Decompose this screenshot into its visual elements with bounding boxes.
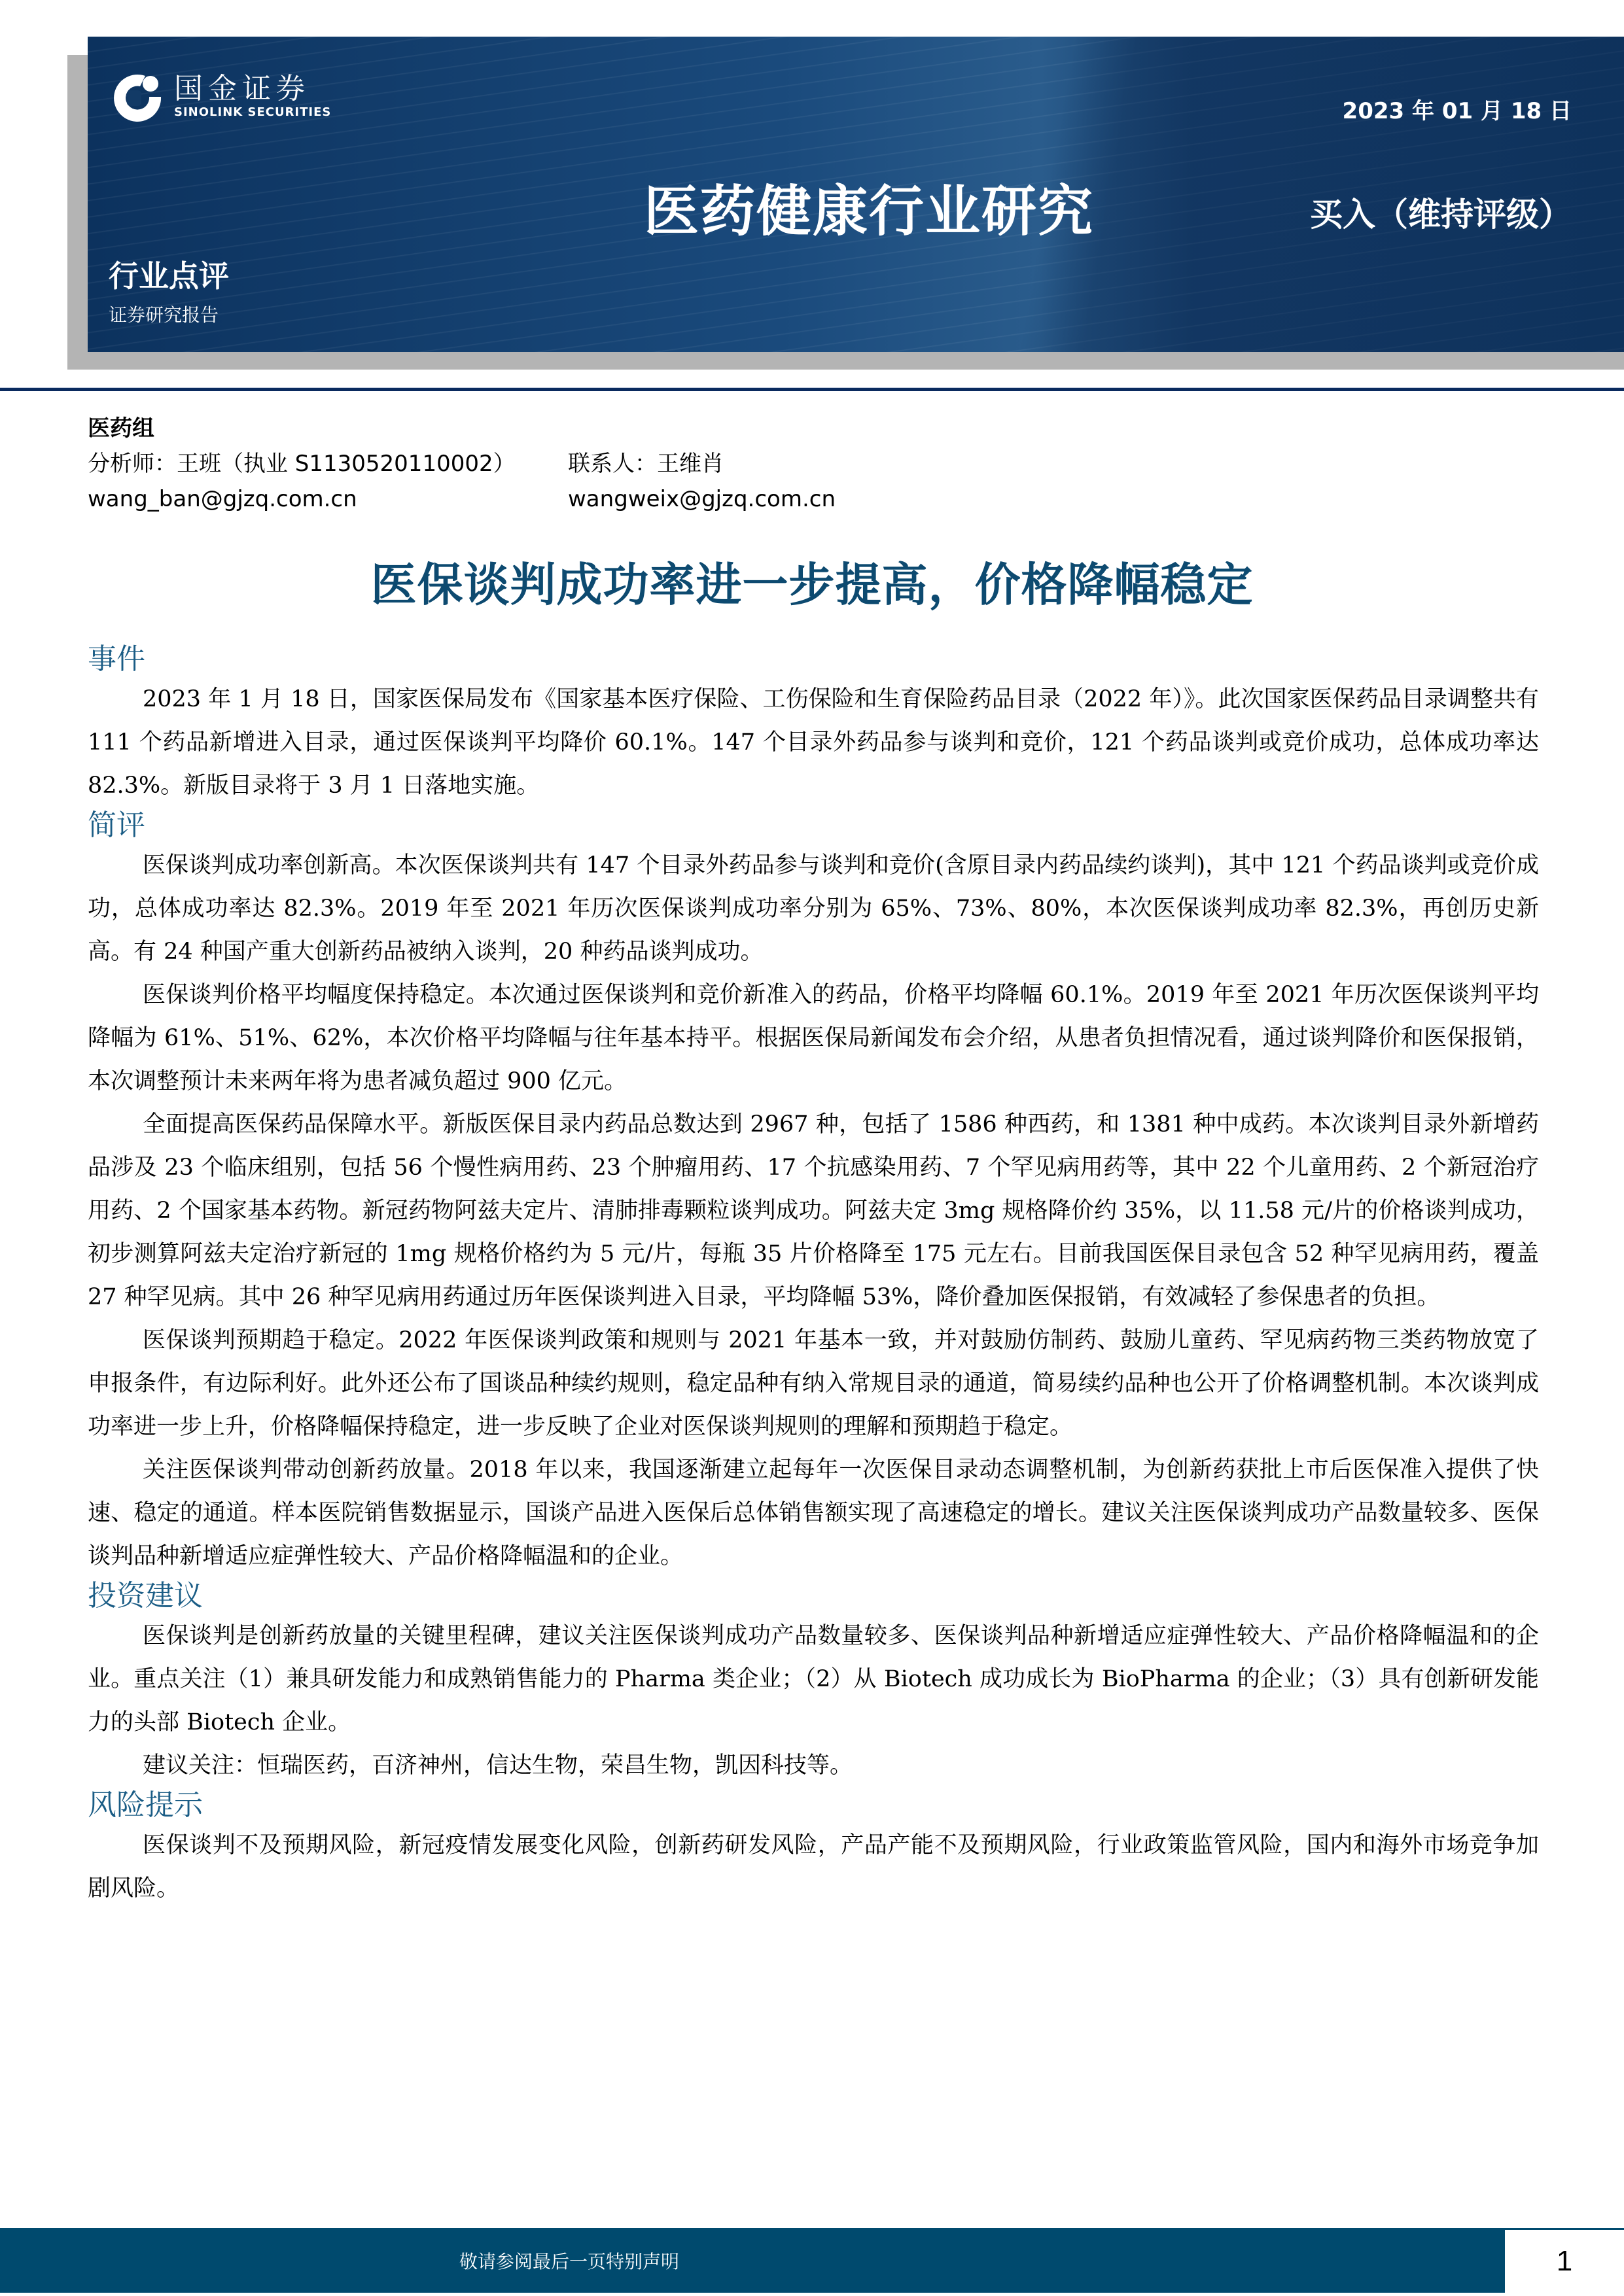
sinolink-logo-icon	[111, 71, 164, 123]
page-number: 1	[1505, 2228, 1624, 2293]
document-title: 医保谈判成功率进一步提高，价格降幅稳定	[0, 548, 1624, 614]
section-heading-risk: 风险提示	[88, 1787, 1539, 1824]
header-banner: 国金证券 SINOLINK SECURITIES 2023 年 01 月 18 …	[88, 37, 1624, 352]
analyst-email[interactable]: wang_ban@gjzq.com.cn	[88, 481, 568, 517]
analyst-name: 分析师：王班（执业 S1130520110002）	[88, 446, 568, 481]
rating-badge: 买入（维持评级）	[1310, 188, 1572, 235]
paragraph: 2023 年 1 月 18 日，国家医保局发布《国家基本医疗保险、工伤保险和生育…	[88, 678, 1539, 807]
paragraph: 关注医保谈判带动创新药放量。2018 年以来，我国逐渐建立起每年一次医保目录动态…	[88, 1448, 1539, 1578]
section-heading-commentary: 简评	[88, 807, 1539, 844]
contact-name: 联系人：王维肖	[568, 446, 724, 481]
industry-title: 医药健康行业研究	[644, 167, 1094, 247]
research-group: 医药组	[88, 411, 938, 446]
report-type: 行业点评	[109, 252, 229, 296]
paragraph: 医保谈判预期趋于稳定。2022 年医保谈判政策和规则与 2021 年基本一致，并…	[88, 1319, 1539, 1448]
header-divider	[0, 387, 1624, 391]
report-date: 2023 年 01 月 18 日	[1343, 93, 1572, 125]
report-subtype: 证券研究报告	[109, 301, 219, 327]
paragraph: 全面提高医保药品保障水平。新版医保目录内药品总数达到 2967 种，包括了 15…	[88, 1103, 1539, 1319]
section-heading-investment-advice: 投资建议	[88, 1578, 1539, 1614]
paragraph: 医保谈判不及预期风险，新冠疫情发展变化风险，创新药研发风险，产品产能不及预期风险…	[88, 1824, 1539, 1910]
analyst-info: 医药组 分析师：王班（执业 S1130520110002） 联系人：王维肖 wa…	[88, 411, 938, 517]
report-body: 事件 2023 年 1 月 18 日，国家医保局发布《国家基本医疗保险、工伤保险…	[88, 641, 1539, 1910]
paragraph: 建议关注：恒瑞医药，百济神州，信达生物，荣昌生物，凯因科技等。	[88, 1744, 1539, 1787]
logo-english-name: SINOLINK SECURITIES	[174, 105, 331, 120]
paragraph: 医保谈判成功率创新高。本次医保谈判共有 147 个目录外药品参与谈判和竞价(含原…	[88, 844, 1539, 973]
footer-bar: 敬请参阅最后一页特别声明	[0, 2228, 1505, 2293]
logo-chinese-name: 国金证券	[174, 73, 331, 105]
company-logo: 国金证券 SINOLINK SECURITIES	[111, 71, 331, 123]
contact-email[interactable]: wangweix@gjzq.com.cn	[568, 481, 836, 517]
paragraph: 医保谈判价格平均幅度保持稳定。本次通过医保谈判和竞价新准入的药品，价格平均降幅 …	[88, 973, 1539, 1103]
paragraph: 医保谈判是创新药放量的关键里程碑，建议关注医保谈判成功产品数量较多、医保谈判品种…	[88, 1614, 1539, 1744]
footer-disclaimer-note: 敬请参阅最后一页特别声明	[459, 2248, 679, 2274]
section-heading-event: 事件	[88, 641, 1539, 678]
